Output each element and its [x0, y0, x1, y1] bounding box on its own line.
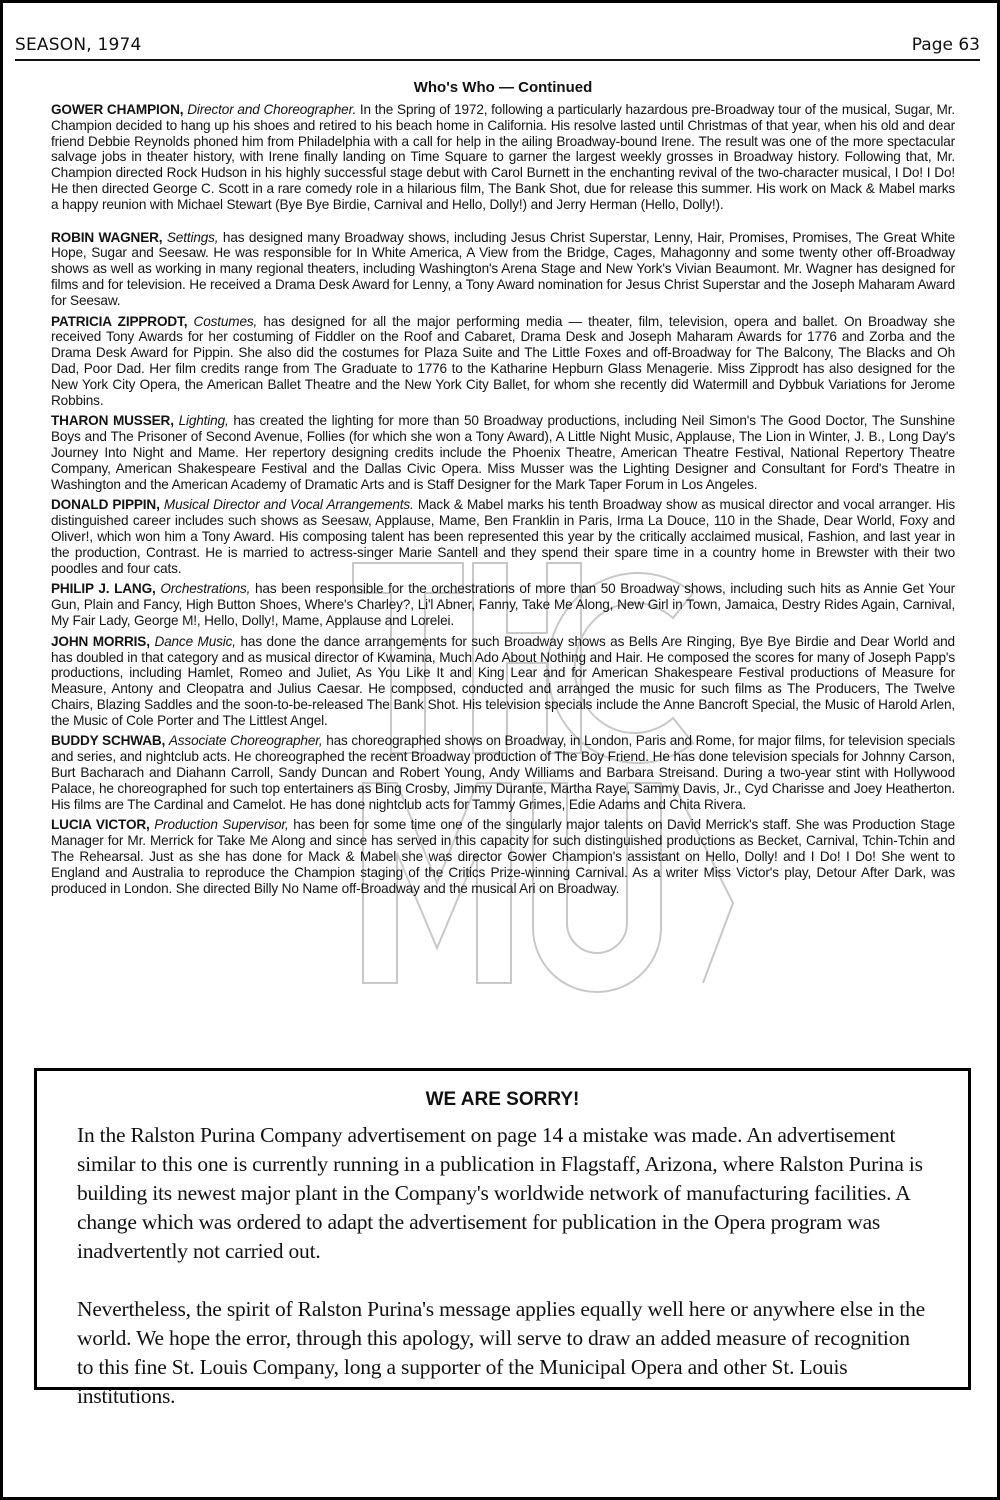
bio-role: Associate Choreographer, — [169, 733, 323, 748]
running-header: SEASON, 1974 Page 63 — [15, 33, 980, 61]
bio-robin-wagner: ROBIN WAGNER, Settings, has designed man… — [51, 230, 955, 309]
bio-buddy-schwab: BUDDY SCHWAB, Associate Choreographer, h… — [51, 733, 955, 812]
bio-name: ROBIN WAGNER, — [51, 230, 162, 245]
bio-name: JOHN MORRIS, — [51, 634, 150, 649]
bio-role: Musical Director and Vocal Arrangements. — [164, 497, 414, 512]
page-frame: SEASON, 1974 Page 63 Who's Who — Continu… — [0, 0, 1000, 1500]
bio-name: PHILIP J. LANG, — [51, 581, 156, 596]
bio-role: Production Supervisor, — [154, 817, 288, 832]
section-title: Who's Who — Continued — [3, 79, 1000, 96]
bio-role: Lighting, — [179, 413, 229, 428]
bio-name: BUDDY SCHWAB, — [51, 733, 165, 748]
season-label: SEASON, 1974 — [15, 35, 142, 55]
bio-tharon-musser: THARON MUSSER, Lighting, has created the… — [51, 413, 955, 492]
bio-philip-lang: PHILIP J. LANG, Orchestrations, has been… — [51, 581, 955, 628]
bio-name: LUCIA VICTOR, — [51, 817, 150, 832]
bio-patricia-zipprodt: PATRICIA ZIPPRODT, Costumes, has designe… — [51, 314, 955, 409]
bio-donald-pippin: DONALD PIPPIN, Musical Director and Voca… — [51, 497, 955, 576]
notice-paragraph: Nevertheless, the spirit of Ralston Puri… — [77, 1295, 928, 1411]
apology-notice-box: WE ARE SORRY! In the Ralston Purina Comp… — [34, 1068, 971, 1390]
bio-role: Costumes, — [194, 314, 258, 329]
bio-role: Orchestrations, — [160, 581, 250, 596]
bio-role: Dance Music, — [154, 634, 236, 649]
bio-name: DONALD PIPPIN, — [51, 497, 160, 512]
notice-title: WE ARE SORRY! — [37, 1089, 968, 1111]
notice-body: In the Ralston Purina Company advertisem… — [77, 1121, 928, 1411]
page-number: Page 63 — [912, 35, 980, 55]
bio-lucia-victor: LUCIA VICTOR, Production Supervisor, has… — [51, 817, 955, 896]
bio-name: GOWER CHAMPION, — [51, 102, 183, 117]
bio-role: Director and Choreographer. — [187, 102, 356, 117]
bio-name: THARON MUSSER, — [51, 413, 174, 428]
notice-paragraph: In the Ralston Purina Company advertisem… — [77, 1121, 928, 1266]
bio-john-morris: JOHN MORRIS, Dance Music, has done the d… — [51, 634, 955, 729]
bio-text: In the Spring of 1972, following a parti… — [51, 102, 955, 212]
bio-name: PATRICIA ZIPPRODT, — [51, 314, 187, 329]
bio-gower-champion: GOWER CHAMPION, Director and Choreograph… — [51, 102, 955, 213]
whos-who-bios: GOWER CHAMPION, Director and Choreograph… — [51, 102, 955, 901]
bio-role: Settings, — [167, 230, 219, 245]
bio-text: has designed for all the major performin… — [51, 314, 955, 408]
